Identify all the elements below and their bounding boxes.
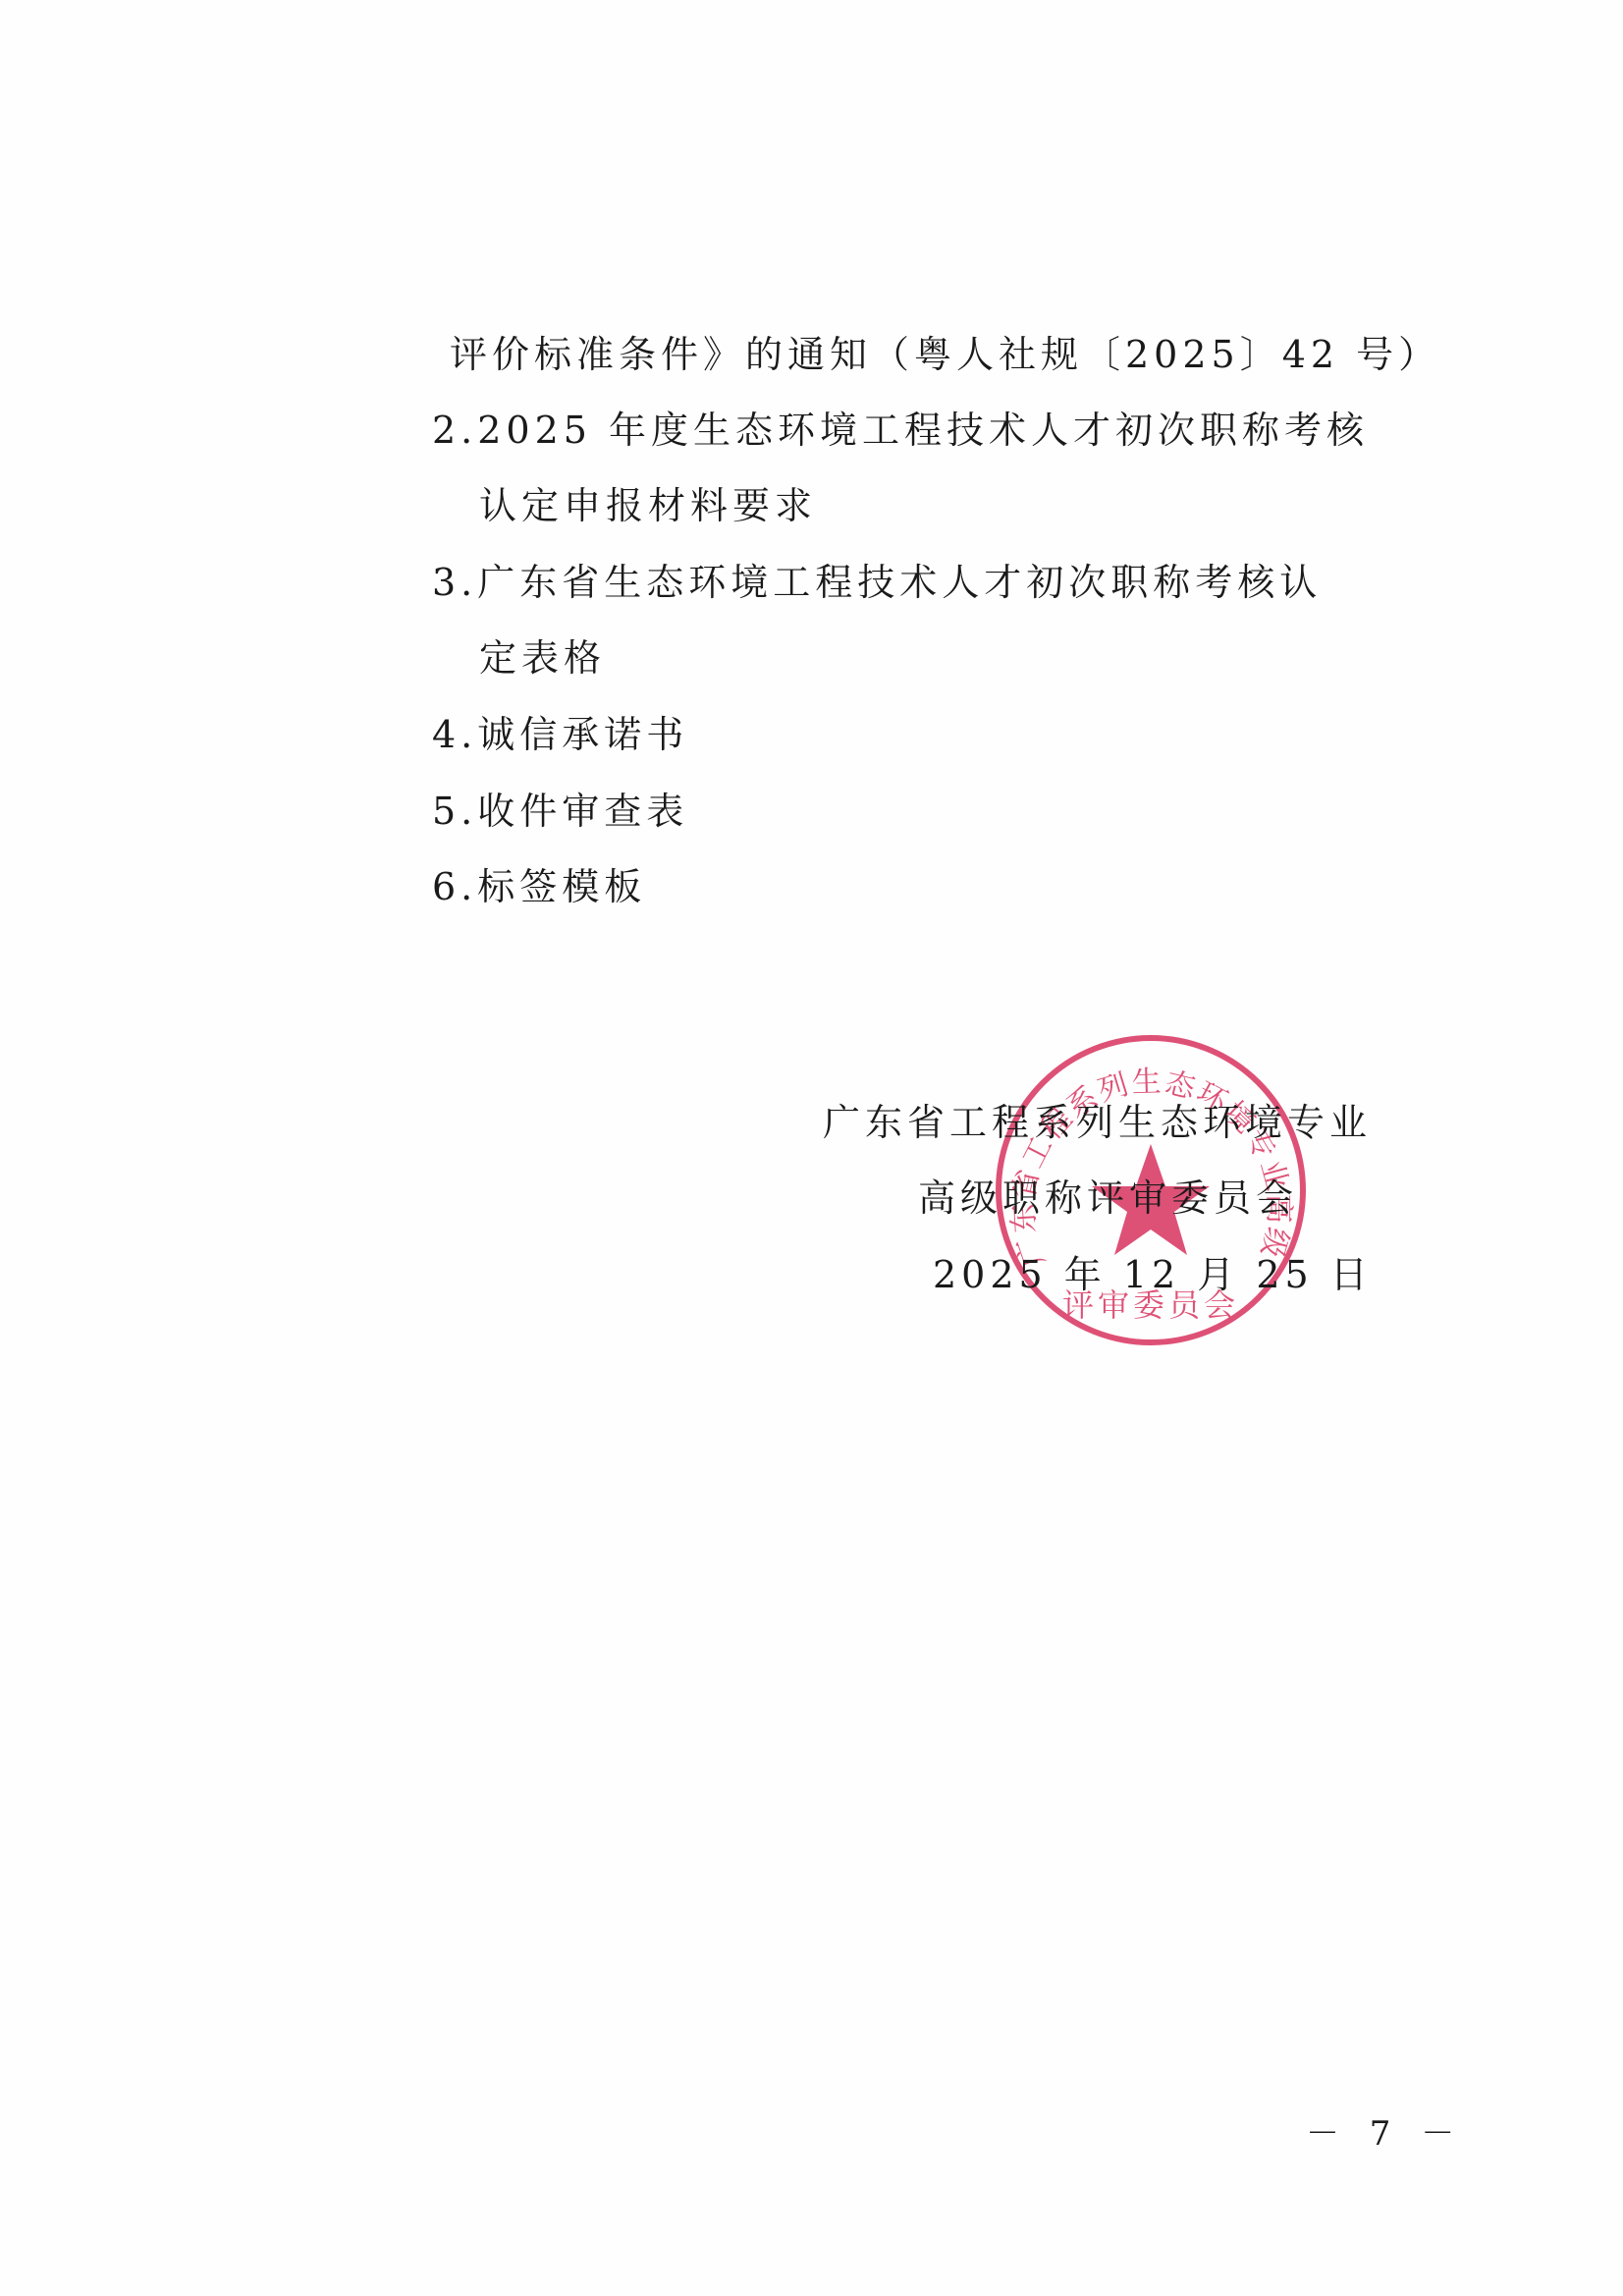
- attachment-3: 3.广东省生态环境工程技术人才初次职称考核认: [432, 560, 1322, 605]
- attachment-5: 5.收件审查表: [432, 789, 688, 834]
- signature-org-line1: 广东省工程系列生态环境专业: [823, 1100, 1372, 1145]
- svg-text:广东省工程系列生态环境专业高级职称: 广东省工程系列生态环境专业高级职称: [992, 1031, 1296, 1271]
- attachment-1-continuation: 评价标准条件》的通知（粤人社规〔2025〕42 号）: [450, 332, 1440, 377]
- document-page: 评价标准条件》的通知（粤人社规〔2025〕42 号） 2.2025 年度生态环境…: [0, 0, 1623, 2296]
- attachment-2: 2.2025 年度生态环境工程技术人才初次职称考核: [432, 408, 1369, 453]
- attachment-4: 4.诚信承诺书: [432, 712, 688, 757]
- signature-org-line2: 高级职称评审委员会: [918, 1175, 1298, 1221]
- page-number: － 7 －: [1306, 2106, 1464, 2155]
- attachment-3-continuation: 定表格: [479, 635, 606, 681]
- attachment-2-continuation: 认定申报材料要求: [479, 483, 817, 528]
- attachment-6: 6.标签模板: [432, 864, 646, 909]
- signature-date: 2025 年 12 月 25 日: [933, 1252, 1373, 1297]
